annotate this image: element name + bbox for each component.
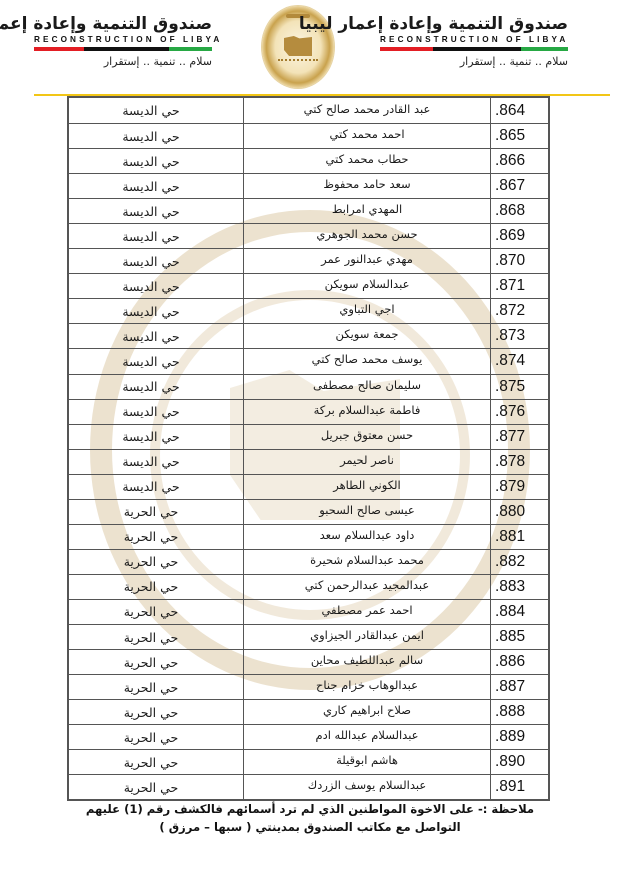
name-cell: سالم عبداللطيف محاين	[243, 650, 491, 674]
table-row: حي الديسةسعد حامد محفوظ.867	[69, 173, 548, 198]
serial-number-cell: .890	[491, 750, 548, 774]
name-cell: يوسف محمد صالح كتي	[243, 349, 491, 373]
name-cell: حسن معتوق جبريل	[243, 425, 491, 449]
table-row: حي الحريةمحمد عبدالسلام شحيرة.882	[69, 549, 548, 574]
district-cell: حي الديسة	[69, 274, 243, 298]
flag-color-bar	[380, 47, 568, 51]
serial-number-cell: .881	[491, 525, 548, 549]
serial-number-cell: .869	[491, 224, 548, 248]
serial-number-cell: .864	[491, 98, 548, 123]
district-cell: حي الديسة	[69, 98, 243, 123]
name-cell: عيسى صالح السحبو	[243, 500, 491, 524]
table-row: حي الديسةناصر لحيمر.878	[69, 449, 548, 474]
serial-number-cell: .878	[491, 450, 548, 474]
name-cell: المهدي امرابط	[243, 199, 491, 223]
table-row: حي الديسةجمعة سويكن.873	[69, 323, 548, 348]
district-cell: حي الديسة	[69, 425, 243, 449]
footer-note: ملاحظة :- على الاخوة المواطنين الذي لم ت…	[60, 800, 560, 836]
district-cell: حي الحرية	[69, 600, 243, 624]
name-cell: عبد القادر محمد صالح كتي	[243, 98, 491, 123]
flag-red-segment	[34, 47, 84, 51]
flag-black-segment	[84, 47, 169, 51]
name-cell: ناصر لحيمر	[243, 450, 491, 474]
table-row: حي الديسةحطاب محمد كتي.866	[69, 148, 548, 173]
table-row: حي الديسةاحمد محمد كتي.865	[69, 123, 548, 148]
district-cell: حي الحرية	[69, 675, 243, 699]
district-cell: حي الديسة	[69, 249, 243, 273]
name-cell: حطاب محمد كتي	[243, 149, 491, 173]
serial-number-cell: .886	[491, 650, 548, 674]
district-cell: حي الحرية	[69, 625, 243, 649]
district-cell: حي الديسة	[69, 299, 243, 323]
table-row: حي الديسةيوسف محمد صالح كتي.874	[69, 348, 548, 373]
serial-number-cell: .885	[491, 625, 548, 649]
table-row: حي الحريةهاشم ابوقيلة.890	[69, 749, 548, 774]
district-cell: حي الديسة	[69, 450, 243, 474]
district-cell: حي الحرية	[69, 725, 243, 749]
name-cell: اجي التباوي	[243, 299, 491, 323]
district-cell: حي الديسة	[69, 124, 243, 148]
name-cell: عبدالسلام يوسف الزردك	[243, 775, 491, 799]
district-cell: حي الحرية	[69, 525, 243, 549]
flag-color-bar	[34, 47, 212, 51]
flag-green-segment	[169, 47, 212, 51]
serial-number-cell: .866	[491, 149, 548, 173]
serial-number-cell: .877	[491, 425, 548, 449]
district-cell: حي الحرية	[69, 775, 243, 799]
brand-logo-left: صندوق التنمية وإعادة إعمار ليبيا RECONST…	[34, 14, 212, 68]
name-cell: عبدالسلام عبدالله ادم	[243, 725, 491, 749]
name-cell: مهدي عبدالنور عمر	[243, 249, 491, 273]
district-cell: حي الديسة	[69, 349, 243, 373]
district-cell: حي الحرية	[69, 750, 243, 774]
brand-english-title: RECONSTRUCTION OF LIBYA	[380, 35, 568, 45]
brand-logo-right: صندوق التنمية وإعادة إعمار ليبيا RECONST…	[380, 14, 568, 68]
table-row: حي الحريةسالم عبداللطيف محاين.886	[69, 649, 548, 674]
serial-number-cell: .870	[491, 249, 548, 273]
name-cell: جمعة سويكن	[243, 324, 491, 348]
name-cell: سليمان صالح مصطفى	[243, 375, 491, 399]
name-cell: داود عبدالسلام سعد	[243, 525, 491, 549]
flag-red-segment	[380, 47, 433, 51]
name-cell: فاطمة عبدالسلام بركة	[243, 400, 491, 424]
seal-wreath-icon	[278, 59, 318, 67]
serial-number-cell: .887	[491, 675, 548, 699]
name-cell: محمد عبدالسلام شحيرة	[243, 550, 491, 574]
table-row: حي الحريةعبدالسلام عبدالله ادم.889	[69, 724, 548, 749]
table-row: حي الديسةحسن معتوق جبريل.877	[69, 424, 548, 449]
serial-number-cell: .880	[491, 500, 548, 524]
serial-number-cell: .874	[491, 349, 548, 373]
district-cell: حي الحرية	[69, 700, 243, 724]
name-cell: الكوني الطاهر	[243, 475, 491, 499]
name-cell: هاشم ابوقيلة	[243, 750, 491, 774]
serial-number-cell: .865	[491, 124, 548, 148]
serial-number-cell: .888	[491, 700, 548, 724]
serial-number-cell: .872	[491, 299, 548, 323]
district-cell: حي الحرية	[69, 550, 243, 574]
name-cell: عبدالوهاب خزام جناح	[243, 675, 491, 699]
table-row: حي الحريةعيسى صالح السحبو.880	[69, 499, 548, 524]
beneficiary-table: حي الديسةعبد القادر محمد صالح كتي.864حي …	[67, 96, 550, 801]
serial-number-cell: .883	[491, 575, 548, 599]
district-cell: حي الديسة	[69, 375, 243, 399]
brand-tagline: سلام .. تنمية .. إستقرار	[380, 55, 568, 68]
district-cell: حي الديسة	[69, 149, 243, 173]
flag-black-segment	[433, 47, 521, 51]
libya-map-icon	[284, 36, 312, 56]
table-row: حي الديسةاجي التباوي.872	[69, 298, 548, 323]
serial-number-cell: .867	[491, 174, 548, 198]
table-row: حي الحريةداود عبدالسلام سعد.881	[69, 524, 548, 549]
footer-note-line-1: ملاحظة :- على الاخوة المواطنين الذي لم ت…	[60, 800, 560, 818]
table-row: حي الحريةعبدالمجيد عبدالرحمن كتي.883	[69, 574, 548, 599]
name-cell: عبدالسلام سويكن	[243, 274, 491, 298]
footer-note-line-2: التواصل مع مكاتب الصندوق بمدينتي ( سبها …	[60, 818, 560, 836]
district-cell: حي الديسة	[69, 475, 243, 499]
name-cell: سعد حامد محفوظ	[243, 174, 491, 198]
table-row: حي الحريةصلاح ابراهيم كاري.888	[69, 699, 548, 724]
flag-green-segment	[521, 47, 568, 51]
district-cell: حي الديسة	[69, 400, 243, 424]
district-cell: حي الديسة	[69, 199, 243, 223]
brand-arabic-title: صندوق التنمية وإعادة إعمار ليبيا	[380, 14, 568, 34]
district-cell: حي الحرية	[69, 650, 243, 674]
district-cell: حي الحرية	[69, 500, 243, 524]
serial-number-cell: .871	[491, 274, 548, 298]
table-row: حي الديسةمهدي عبدالنور عمر.870	[69, 248, 548, 273]
table-row: حي الحريةعبدالسلام يوسف الزردك.891	[69, 774, 548, 799]
table-row: حي الديسةحسن محمد الجوهري.869	[69, 223, 548, 248]
name-cell: احمد عمر مصطفي	[243, 600, 491, 624]
serial-number-cell: .882	[491, 550, 548, 574]
district-cell: حي الديسة	[69, 324, 243, 348]
serial-number-cell: .873	[491, 324, 548, 348]
table-row: حي الحريةعبدالوهاب خزام جناح.887	[69, 674, 548, 699]
table-row: حي الديسةفاطمة عبدالسلام بركة.876	[69, 399, 548, 424]
table-row: حي الحريةايمن عبدالقادر الجيزاوي.885	[69, 624, 548, 649]
name-cell: ايمن عبدالقادر الجيزاوي	[243, 625, 491, 649]
table-row: حي الديسةعبد القادر محمد صالح كتي.864	[69, 98, 548, 123]
district-cell: حي الديسة	[69, 224, 243, 248]
brand-arabic-title: صندوق التنمية وإعادة إعمار ليبيا	[34, 14, 212, 34]
table-row: حي الديسةالمهدي امرابط.868	[69, 198, 548, 223]
table-row: حي الديسةالكوني الطاهر.879	[69, 474, 548, 499]
name-cell: احمد محمد كتي	[243, 124, 491, 148]
brand-english-title: RECONSTRUCTION OF LIBYA	[34, 35, 212, 45]
name-cell: عبدالمجيد عبدالرحمن كتي	[243, 575, 491, 599]
serial-number-cell: .889	[491, 725, 548, 749]
serial-number-cell: .868	[491, 199, 548, 223]
serial-number-cell: .875	[491, 375, 548, 399]
table-row: حي الحريةاحمد عمر مصطفي.884	[69, 599, 548, 624]
name-cell: صلاح ابراهيم كاري	[243, 700, 491, 724]
district-cell: حي الديسة	[69, 174, 243, 198]
name-cell: حسن محمد الجوهري	[243, 224, 491, 248]
table-row: حي الديسةسليمان صالح مصطفى.875	[69, 374, 548, 399]
brand-tagline: سلام .. تنمية .. إستقرار	[34, 55, 212, 68]
serial-number-cell: .884	[491, 600, 548, 624]
serial-number-cell: .891	[491, 775, 548, 799]
district-cell: حي الحرية	[69, 575, 243, 599]
table-row: حي الديسةعبدالسلام سويكن.871	[69, 273, 548, 298]
serial-number-cell: .876	[491, 400, 548, 424]
serial-number-cell: .879	[491, 475, 548, 499]
